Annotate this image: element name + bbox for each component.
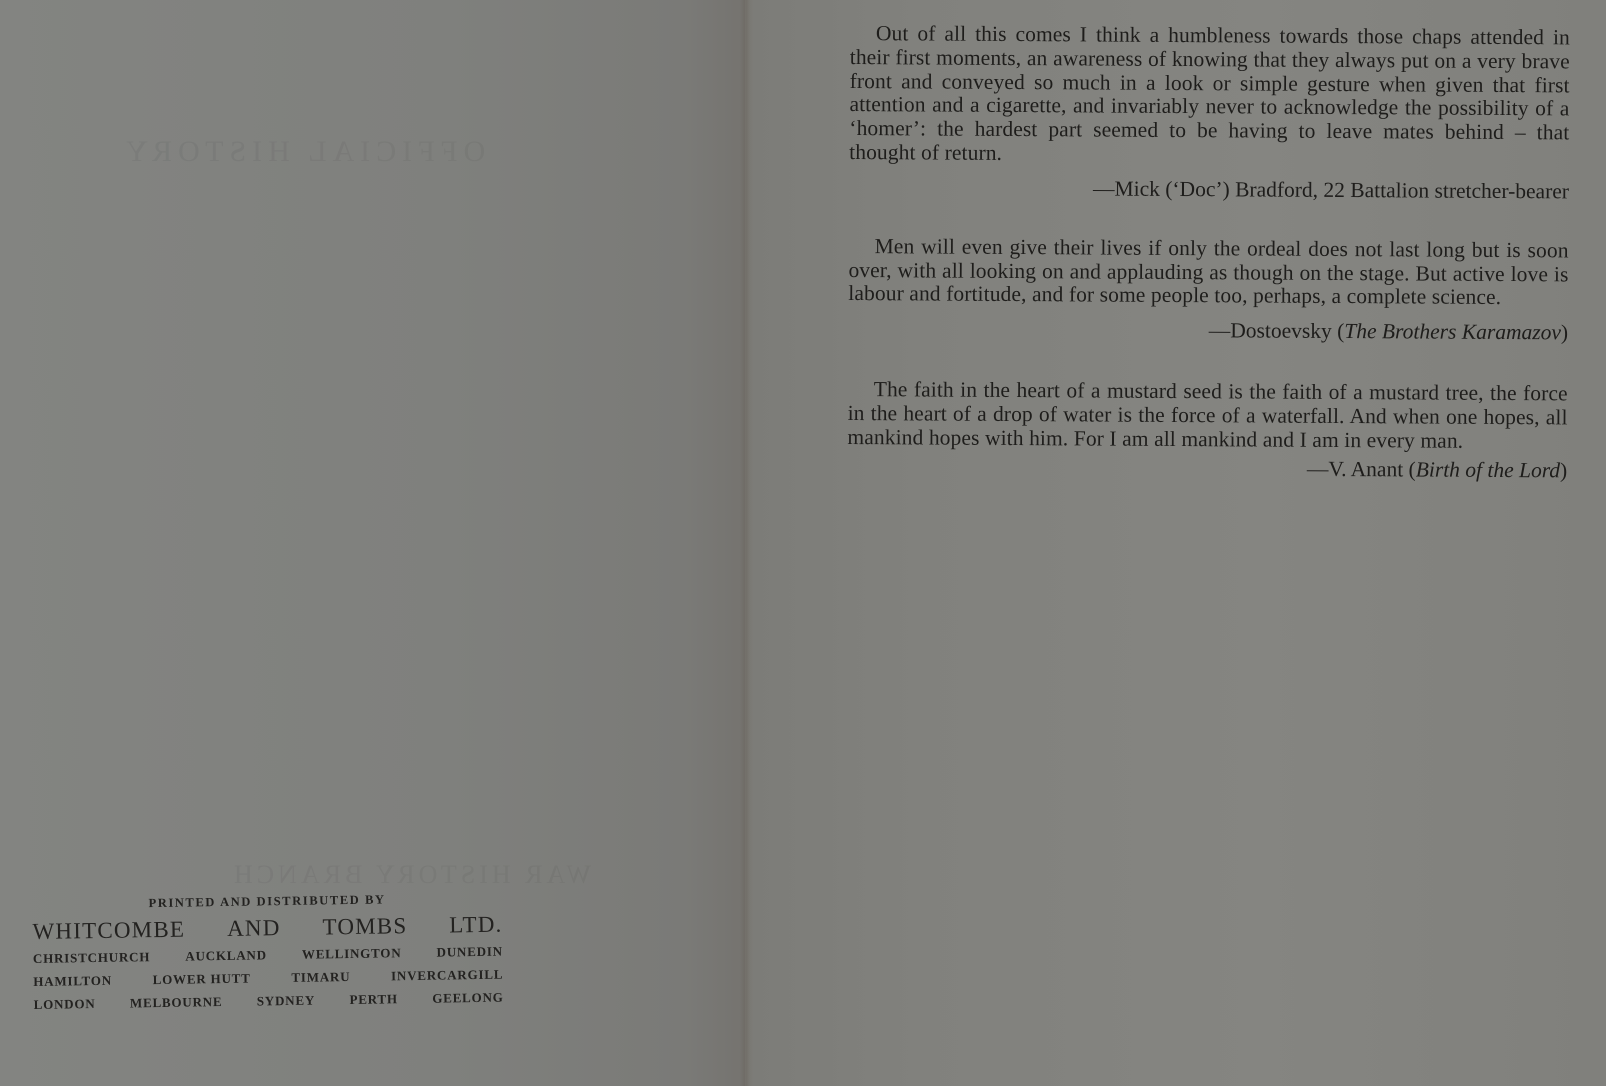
city: AUCKLAND [185, 947, 267, 964]
publisher-word: AND [227, 915, 281, 942]
publisher-word: TOMBS [322, 913, 407, 940]
attribution-close: ) [1560, 458, 1567, 482]
epigraph-bradford: Out of all this comes I think a humblene… [849, 22, 1570, 203]
city: DUNEDIN [436, 944, 503, 961]
imprint-heading: PRINTED AND DISTRIBUTED BY [32, 891, 502, 913]
publisher-word: WHITCOMBE [32, 917, 185, 945]
publisher-imprint: PRINTED AND DISTRIBUTED BY WHITCOMBE AND… [32, 891, 504, 1020]
show-through-text: OFFICIAL HISTORY [120, 135, 485, 169]
epigraph-dostoevsky: Men will even give their lives if only t… [848, 235, 1569, 345]
city: MELBOURNE [130, 994, 223, 1011]
quote-text: Out of all this comes I think a humblene… [849, 22, 1570, 169]
quote-text: The faith in the heart of a mustard seed… [847, 378, 1567, 454]
city: WELLINGTON [302, 945, 402, 963]
quote-attribution: —Mick (‘Doc’) Bradford, 22 Battalion str… [849, 175, 1569, 203]
city: GEELONG [432, 990, 504, 1007]
attribution-close: ) [1561, 321, 1568, 345]
left-page: OFFICIAL HISTORY WAR HISTORY BRANCH PRIN… [0, 0, 745, 1086]
quote-attribution: —V. Anant (Birth of the Lord) [847, 454, 1567, 482]
quote-text: Men will even give their lives if only t… [848, 235, 1568, 311]
attribution-work-title: Birth of the Lord [1416, 457, 1560, 482]
epigraph-anant: The faith in the heart of a mustard seed… [847, 378, 1568, 482]
book-gutter [740, 0, 754, 1086]
attribution-author: —Dostoevsky ( [1209, 318, 1345, 343]
publisher-name: WHITCOMBE AND TOMBS LTD. [32, 912, 502, 945]
city: LOWER HUTT [153, 971, 251, 989]
city: LONDON [34, 996, 96, 1013]
attribution-author: —V. Anant ( [1307, 456, 1416, 481]
city: HAMILTON [33, 973, 112, 990]
epigraphs: Out of all this comes I think a humblene… [847, 22, 1570, 482]
cities-row: HAMILTON LOWER HUTT TIMARU INVERCARGILL [33, 967, 503, 990]
publisher-word: LTD. [449, 912, 503, 939]
cities-row: CHRISTCHURCH AUCKLAND WELLINGTON DUNEDIN [33, 944, 503, 967]
city: TIMARU [291, 969, 350, 986]
show-through-text: WAR HISTORY BRANCH [230, 860, 591, 890]
attribution-author: —Mick (‘Doc’) Bradford, 22 Battalion str… [1093, 176, 1569, 203]
cities-row: LONDON MELBOURNE SYDNEY PERTH GEELONG [34, 990, 504, 1013]
city: SYDNEY [257, 993, 316, 1010]
attribution-work-title: The Brothers Karamazov [1344, 319, 1561, 344]
city: CHRISTCHURCH [33, 949, 150, 967]
quote-attribution: —Dostoevsky (The Brothers Karamazov) [848, 316, 1568, 344]
city: PERTH [349, 991, 398, 1008]
city: INVERCARGILL [391, 967, 503, 985]
